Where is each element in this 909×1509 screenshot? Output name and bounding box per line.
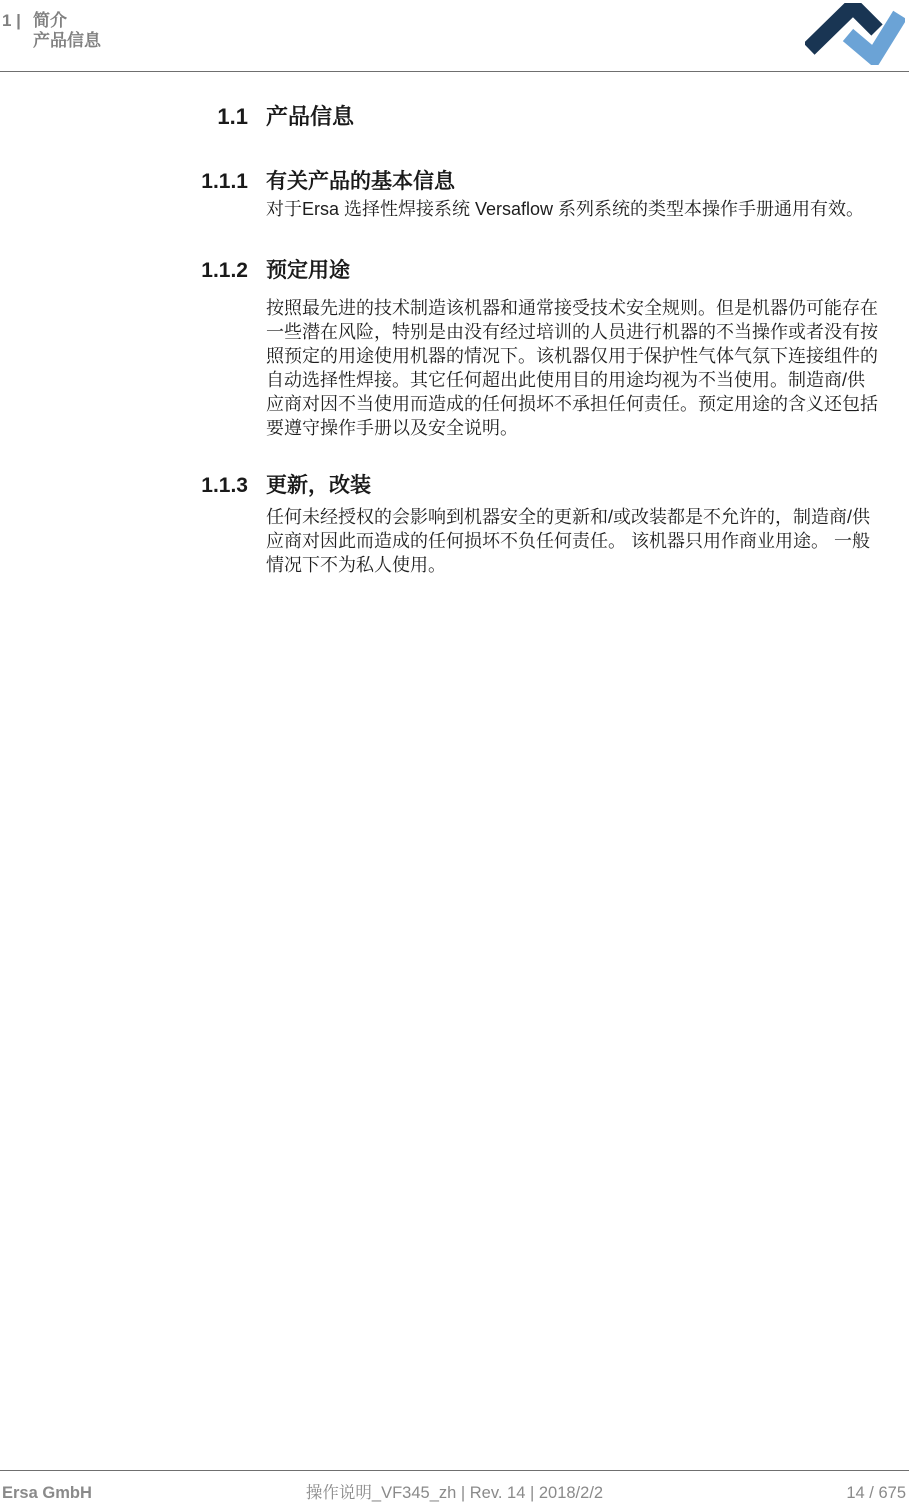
section-body-1-1-3: 任何未经授权的会影响到机器安全的更新和/或改装都是不允许的，制造商/供 应商对因… [266, 505, 870, 577]
section-heading-1-1: 1.1 产品信息 [0, 104, 354, 130]
section-number: 1.1.1 [0, 169, 248, 194]
section-number: 1.1.2 [0, 258, 248, 283]
header-divider [0, 71, 909, 72]
section-title: 预定用途 [266, 258, 350, 283]
footer-page-indicator: 14 / 675 [846, 1483, 906, 1503]
section-heading-1-1-2: 1.1.2 预定用途 [0, 258, 350, 283]
ersa-logo-icon [805, 3, 905, 65]
section-body-1-1-2: 按照最先进的技术制造该机器和通常接受技术安全规则。但是机器仍可能存在 一些潜在风… [266, 296, 878, 440]
document-page: 1 | 简介 产品信息 1.1 产品信息 1.1.1 有关产品的基本信息 对于E… [0, 0, 909, 1509]
footer-document-info: 操作说明_VF345_zh | Rev. 14 | 2018/2/2 [0, 1483, 909, 1503]
header-chapter-number: 1 | [2, 11, 21, 31]
section-heading-1-1-3: 1.1.3 更新，改装 [0, 473, 371, 498]
header-chapter-title: 简介 [33, 11, 101, 31]
section-body-1-1-1: 对于Ersa 选择性焊接系统 Versaflow 系列系统的类型本操作手册通用有… [266, 197, 864, 221]
footer-divider [0, 1470, 909, 1471]
section-title: 有关产品的基本信息 [266, 169, 455, 194]
header-section-title: 产品信息 [33, 31, 101, 51]
section-title: 更新，改装 [266, 473, 371, 498]
section-number: 1.1 [0, 104, 248, 130]
section-number: 1.1.3 [0, 473, 248, 498]
section-title: 产品信息 [266, 104, 354, 130]
header-running-title: 简介 产品信息 [33, 11, 101, 51]
section-heading-1-1-1: 1.1.1 有关产品的基本信息 [0, 169, 455, 194]
